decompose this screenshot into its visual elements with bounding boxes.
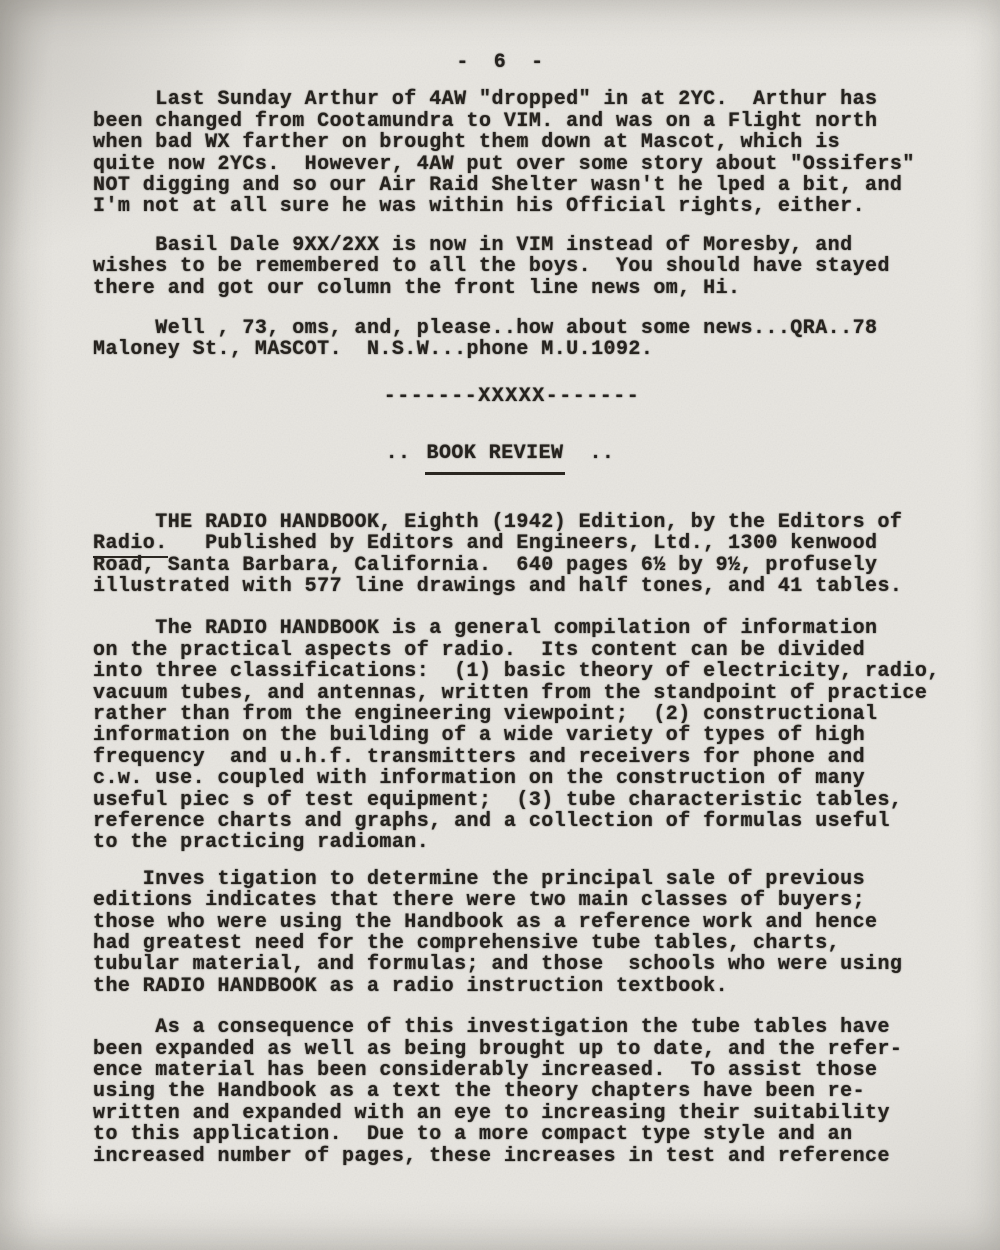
paragraph-signoff: Well , 73, oms, and, please..how about s…	[93, 318, 1000, 361]
citation-text-before: THE RADIO HANDBOOK, Eighth (1942) Editio…	[93, 511, 902, 534]
scanned-document-page: - 6 - Last Sunday Arthur of 4AW "dropped…	[0, 0, 1000, 1250]
paragraph-handbook-overview: The RADIO HANDBOOK is a general compilat…	[93, 618, 1000, 853]
citation-text-after: Published by Editors and Engineers, Ltd.…	[93, 532, 902, 598]
book-review-heading: ..BOOK REVIEW..	[93, 443, 907, 464]
heading-left-dots: ..	[386, 442, 411, 465]
paragraph-basil-dale: Basil Dale 9XX/2XX is now in VIM instead…	[93, 235, 1000, 299]
paragraph-arthur-4aw: Last Sunday Arthur of 4AW "dropped" in a…	[93, 89, 1000, 217]
heading-right-dots: ..	[589, 442, 614, 465]
heading-title: BOOK REVIEW	[425, 442, 566, 475]
paragraph-buyer-investigation: Inves tigation to determine the principa…	[93, 869, 1000, 997]
paragraph-book-citation: THE RADIO HANDBOOK, Eighth (1942) Editio…	[93, 512, 1000, 598]
paragraph-edition-changes: As a consequence of this investigation t…	[93, 1017, 1000, 1167]
typewritten-content: - 6 - Last Sunday Arthur of 4AW "dropped…	[93, 52, 1000, 1167]
page-number: - 6 -	[93, 52, 907, 73]
section-divider: -------XXXXX-------	[93, 386, 919, 407]
